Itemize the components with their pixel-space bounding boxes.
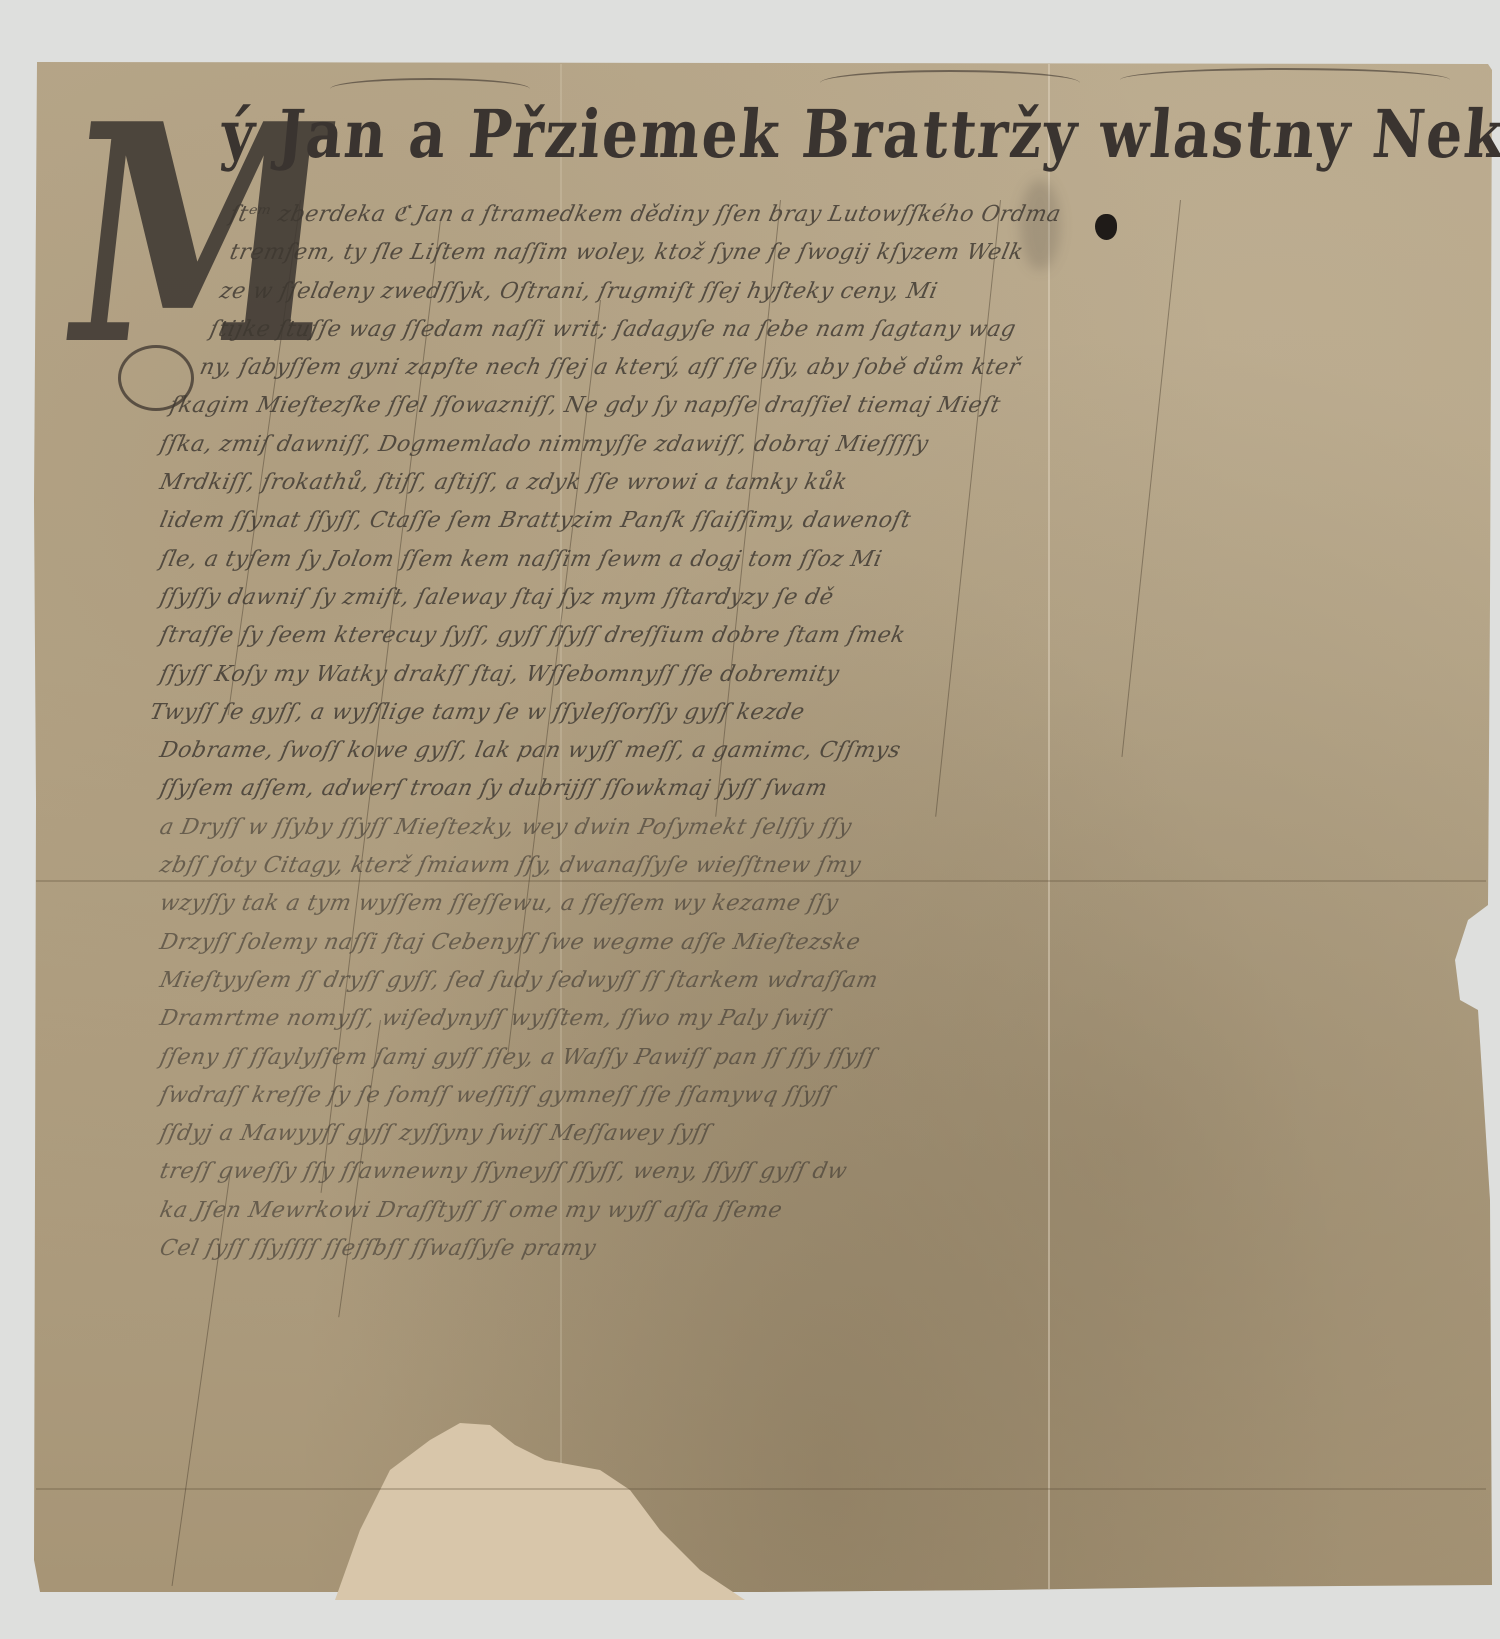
text-line: ny, ſabyſſem gyni zapſte nech ſſej a kte…	[146, 349, 1474, 387]
text-line: ſſyſſy dawniſ ſy zmiſt, ſaleway ſtaj ſyz…	[146, 579, 1474, 617]
text-line: ka Jſen Mewrkowi Draſſtyſſ ſſ ome my wyſ…	[146, 1192, 1474, 1230]
text-line: ſwdraſſ kreſſe ſy ſe ſomſſ weſſiſſ gymne…	[146, 1077, 1474, 1115]
text-line: treſſ gweſſy ſſy ſſawnewny ſſyneyſſ ſſyſ…	[146, 1153, 1474, 1191]
decorative-flourish	[820, 70, 1080, 96]
text-line: ſſka, zmiſ dawniſſ, Dogmemlado nimmyſſe …	[146, 426, 1474, 464]
text-line: ſle, a tyſem ſy Jolom ſſem kem naſſim ſe…	[146, 541, 1474, 579]
document-heading: ý Jan a Přziemek Brattržy wlastny Nek	[218, 95, 1291, 173]
text-line: ze w ſſeldeny zwedſſyk, Oſtrani, ſrugmiſ…	[146, 273, 1474, 311]
text-line: Twyſſ ſe gyſſ, a wyſſlige tamy ſe w ſſyl…	[146, 694, 1474, 732]
text-line: lidem ſſynat ſſyſſ, Ctaſſe ſem Brattyzim…	[146, 502, 1474, 540]
text-line: wzyſſy tak a tym wyſſem ſſeſſewu, a ſſeſ…	[146, 885, 1474, 923]
decorative-flourish	[1120, 68, 1450, 92]
text-line: Drzyſſ ſolemy naſſi ſtaj Cebenyſſ ſwe we…	[146, 924, 1474, 962]
text-line: ſſeny ſſ ſſaylyſſem ſamj gyſſ ſſey, a Wa…	[146, 1039, 1474, 1077]
text-line: ſtijke ſtuſſe wag ſſedam naſſi writ; ſad…	[146, 311, 1474, 349]
text-line: ſtᵉᵐ zberdeka ℭ Jan a ſtramedkem dědiny …	[146, 196, 1474, 234]
text-line: ſſyſſ Koſy my Watky drakſſ ſtaj, Wſſebom…	[146, 656, 1474, 694]
text-line: zbſſ ſoty Citagy, kterž ſmiawm ſſy, dwan…	[146, 847, 1474, 885]
manuscript-body-text: ſtᵉᵐ zberdeka ℭ Jan a ſtramedkem dědiny …	[150, 196, 1470, 1268]
fold-line-horizontal	[36, 1488, 1486, 1490]
text-line: tremſem, ty ſle Liſtem naſſim woley, kto…	[146, 234, 1474, 272]
text-line: ſſdyj a Mawyyſſ gyſſ zyſſyny ſwiſſ Meſſa…	[146, 1115, 1474, 1153]
text-line: a Dryſſ w ſſyby ſſyſſ Mieſtezky, wey dwi…	[146, 809, 1474, 847]
text-line: Mrdkiſſ, ſrokathů, ſtiſſ, aſtiſſ, a zdyk…	[146, 464, 1474, 502]
text-line: Dramrtme nomyſſ, wiſedynyſſ wyſſtem, ſſw…	[146, 1000, 1474, 1038]
text-line: Mieſtyyſem ſſ dryſſ gyſſ, ſed ſudy ſedwy…	[146, 962, 1474, 1000]
text-line: ſſyſem aſſem, adwerſ troan ſy dubrijſſ ſ…	[146, 770, 1474, 808]
text-line: Cel ſyſſ ſſyſſſſ ſſeſſbſſ ſſwaſſyſe pram…	[146, 1230, 1474, 1268]
text-line: ſkagim Mieſtezſke ſſel ſſowazniſſ, Ne gd…	[146, 387, 1474, 425]
text-line: Dobrame, ſwoſſ kowe gyſſ, lak pan wyſſ m…	[146, 732, 1474, 770]
text-line: ſtraſſe ſy ſeem kterecuy ſyſſ, gyſſ ſſyſ…	[146, 617, 1474, 655]
